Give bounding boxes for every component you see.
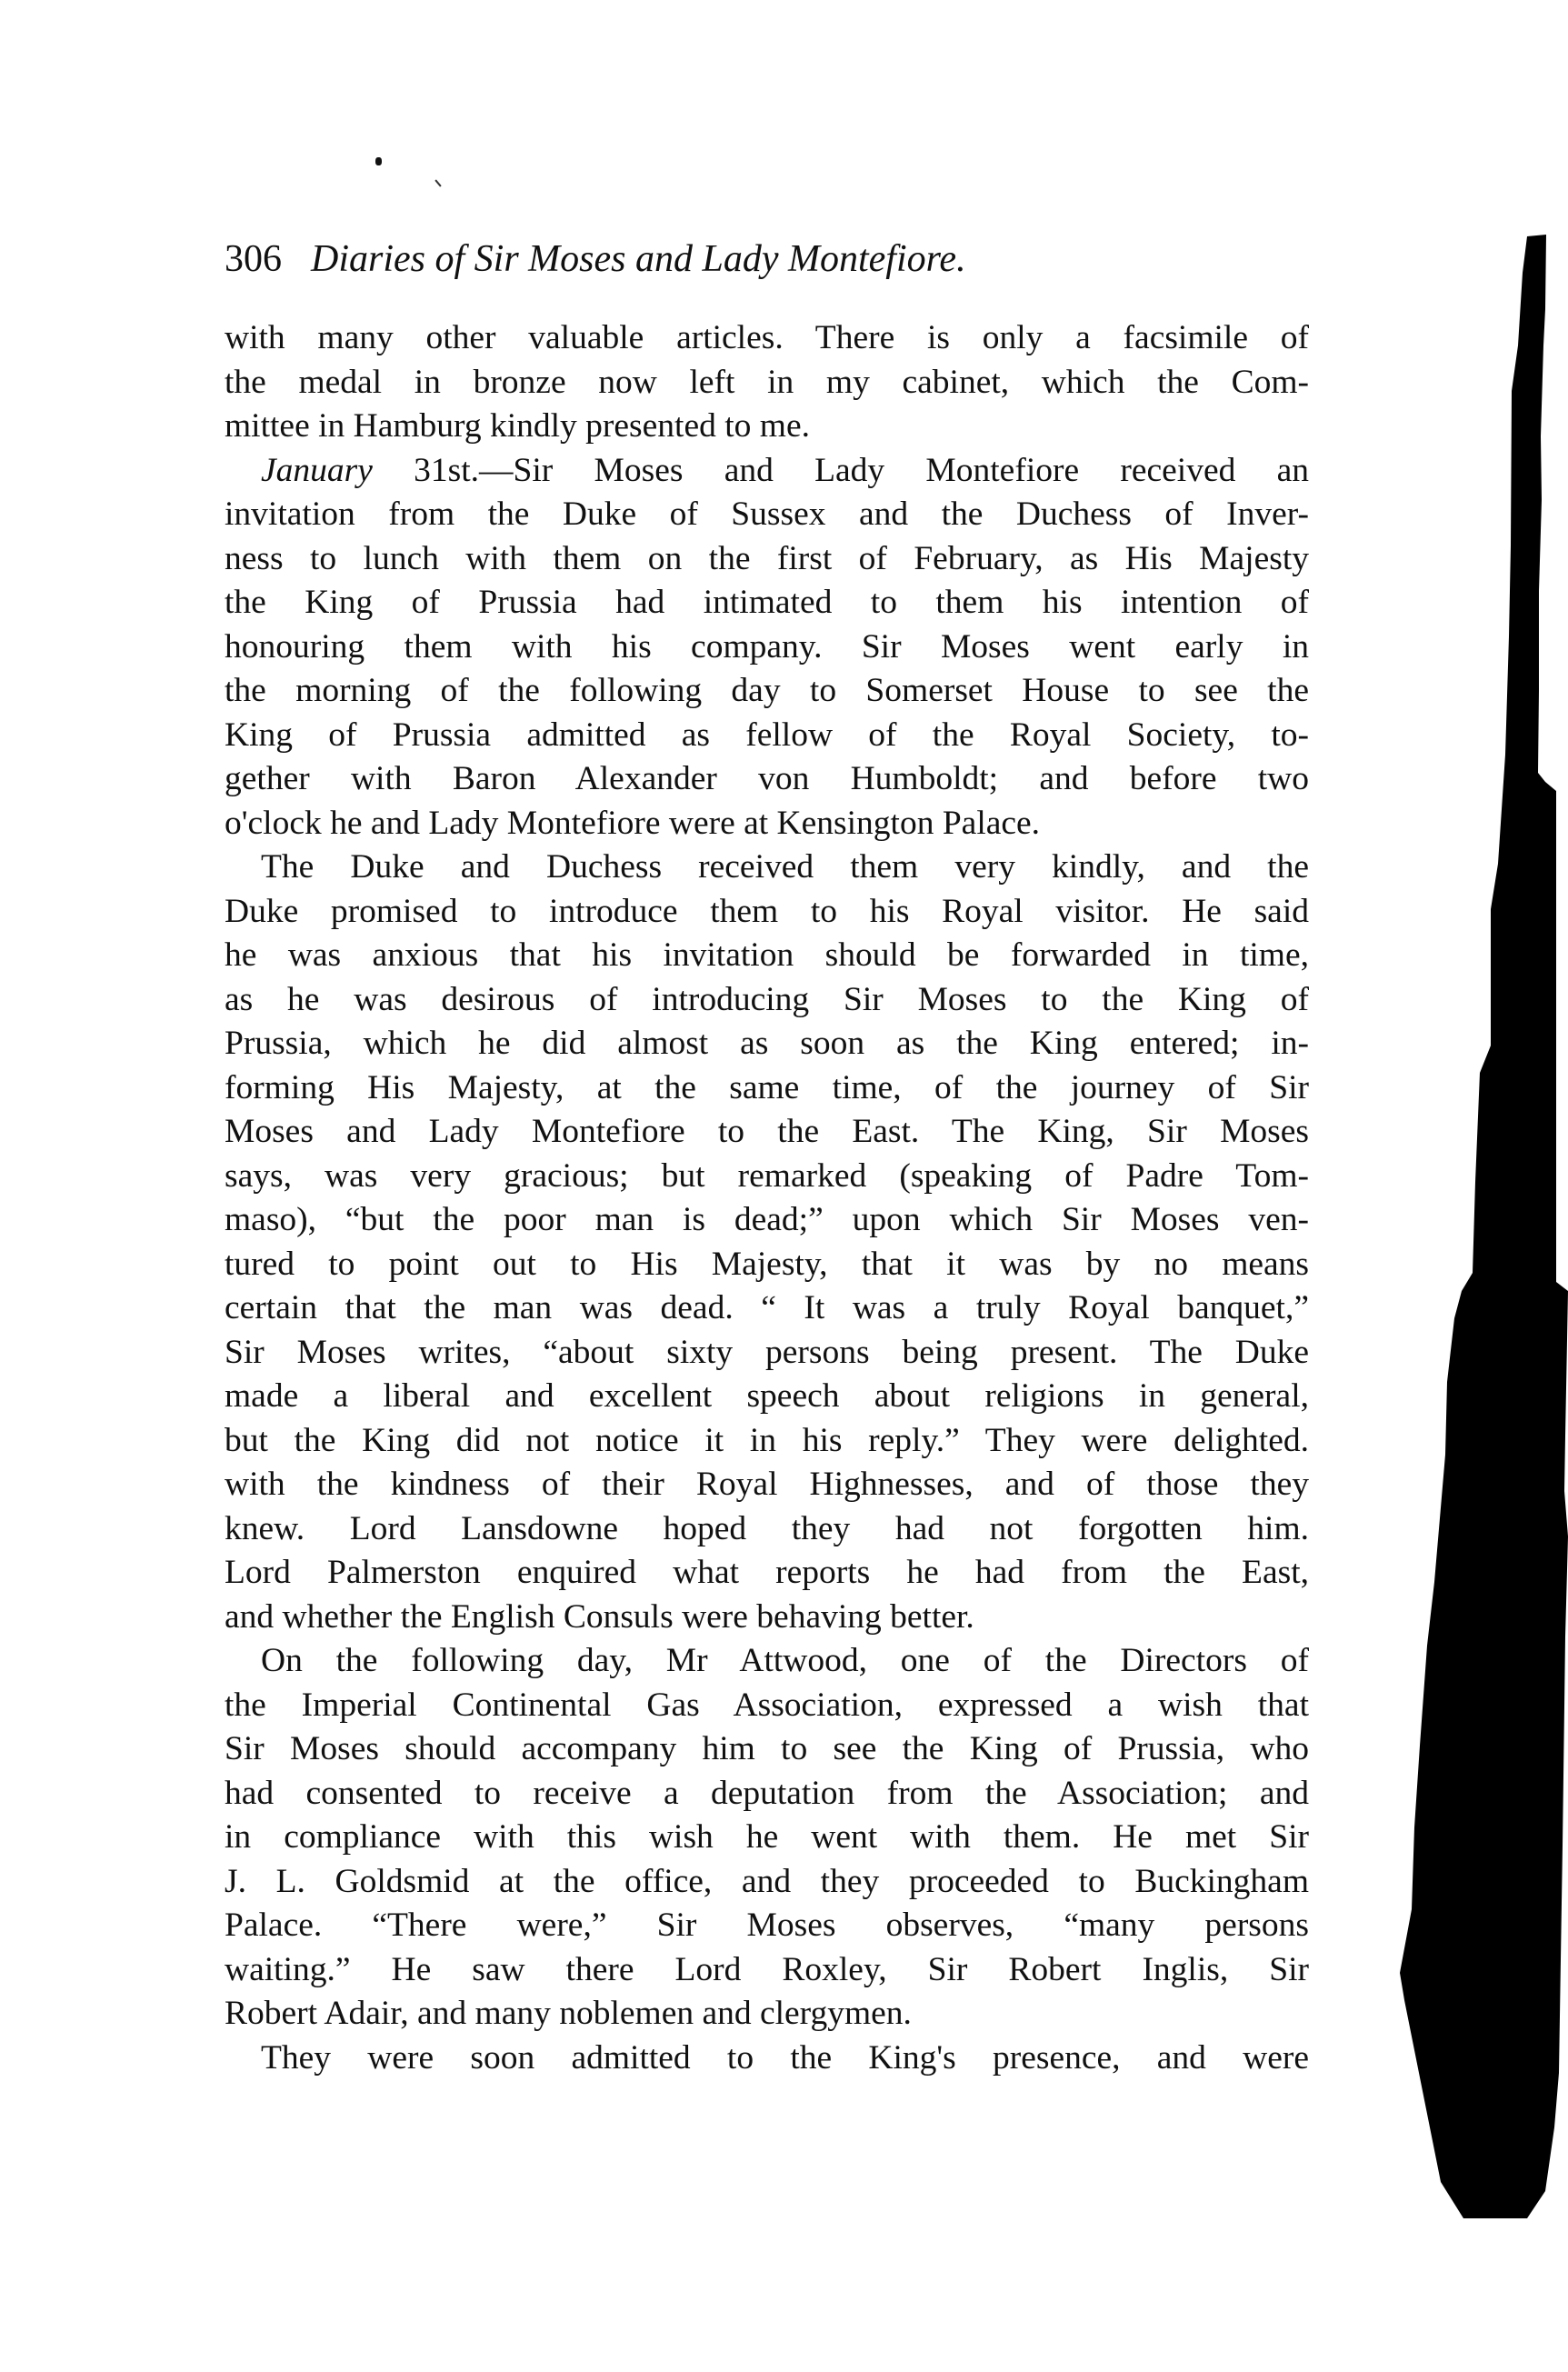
- text-line: had consented to receive a deputation fr…: [225, 1772, 1309, 1817]
- text-line: waiting.” He saw there Lord Roxley, Sir …: [225, 1948, 1309, 1993]
- text-line: the morning of the following day to Some…: [225, 669, 1309, 714]
- text-line: J. L. Goldsmid at the office, and they p…: [225, 1860, 1309, 1905]
- running-header: 306Diaries of Sir Moses and Lady Montefi…: [225, 232, 1315, 286]
- text-line: Prussia, which he did almost as soon as …: [225, 1022, 1309, 1066]
- text-line: with the kindness of their Royal Highnes…: [225, 1463, 1309, 1507]
- text-line: the King of Prussia had intimated to the…: [225, 581, 1309, 626]
- text-line: They were soon admitted to the King's pr…: [225, 2037, 1309, 2081]
- text-line: knew. Lord Lansdowne hoped they had not …: [225, 1507, 1309, 1552]
- text-line: Robert Adair, and many noblemen and cler…: [225, 1992, 1309, 2037]
- text-line: certain that the man was dead. “ It was …: [225, 1286, 1309, 1331]
- text-line: King of Prussia admitted as fellow of th…: [225, 714, 1309, 758]
- text-line: with many other valuable articles. There…: [225, 316, 1309, 361]
- text-line: ness to lunch with them on the first of …: [225, 537, 1309, 582]
- text-line: January 31st.—Sir Moses and Lady Montefi…: [225, 449, 1309, 494]
- scan-speck: [375, 157, 382, 165]
- page-body-text: with many other valuable articles. There…: [225, 316, 1309, 2080]
- text-line: Sir Moses should accompany him to see th…: [225, 1727, 1309, 1772]
- text-line: maso), “but the poor man is dead;” upon …: [225, 1198, 1309, 1243]
- text-line: honouring them with his company. Sir Mos…: [225, 626, 1309, 670]
- text-line: On the following day, Mr Attwood, one of…: [225, 1639, 1309, 1684]
- text-line: Palace. “There were,” Sir Moses observes…: [225, 1904, 1309, 1948]
- text-line: the medal in bronze now left in my cabin…: [225, 361, 1309, 405]
- text-line: The Duke and Duchess received them very …: [225, 846, 1309, 890]
- text-line: and whether the English Consuls were beh…: [225, 1596, 1309, 1640]
- text-line: as he was desirous of introducing Sir Mo…: [225, 978, 1309, 1023]
- running-title: Diaries of Sir Moses and Lady Montefiore…: [311, 238, 966, 280]
- text-line: gether with Baron Alexander von Humboldt…: [225, 757, 1309, 802]
- text-line: but the King did not notice it in his re…: [225, 1419, 1309, 1464]
- line-text: 31st.—Sir Moses and Lady Montefiore rece…: [373, 452, 1309, 489]
- text-line: in compliance with this wish he went wit…: [225, 1816, 1309, 1860]
- text-line: o'clock he and Lady Montefiore were at K…: [225, 802, 1309, 846]
- date-italic: January: [261, 452, 373, 489]
- text-line: forming His Majesty, at the same time, o…: [225, 1066, 1309, 1111]
- scan-speck: [434, 179, 441, 186]
- text-line: he was anxious that his invitation shoul…: [225, 934, 1309, 978]
- text-line: Lord Palmerston enquired what reports he…: [225, 1551, 1309, 1596]
- page-number: 306: [225, 232, 311, 286]
- text-line: Sir Moses writes, “about sixty persons b…: [225, 1331, 1309, 1376]
- text-line: the Imperial Continental Gas Association…: [225, 1684, 1309, 1728]
- text-line: invitation from the Duke of Sussex and t…: [225, 493, 1309, 537]
- text-line: tured to point out to His Majesty, that …: [225, 1243, 1309, 1287]
- text-line: mittee in Hamburg kindly presented to me…: [225, 405, 1309, 449]
- text-line: made a liberal and excellent speech abou…: [225, 1375, 1309, 1419]
- text-line: says, was very gracious; but remarked (s…: [225, 1155, 1309, 1199]
- text-line: Moses and Lady Montefiore to the East. T…: [225, 1110, 1309, 1155]
- text-line: Duke promised to introduce them to his R…: [225, 890, 1309, 935]
